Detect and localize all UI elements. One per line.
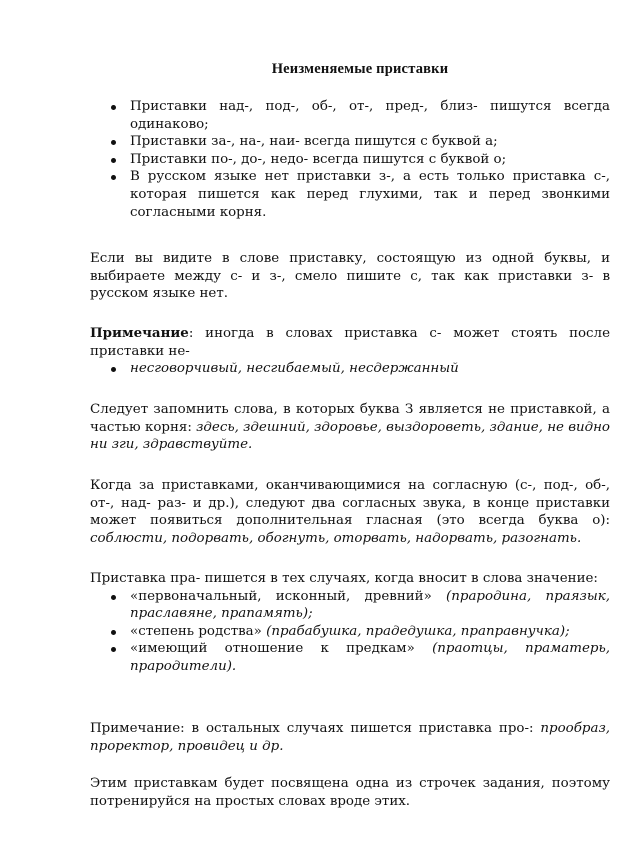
note-pro-prefix: Примечание: в остальных случаях пишется …	[90, 720, 610, 755]
list-item: Приставки по-, до-, недо- всегда пишутся…	[108, 151, 610, 169]
meaning-text: «степень родства»	[130, 624, 266, 639]
paragraph-one-letter-prefix: Если вы видите в слове приставку, состоя…	[90, 250, 610, 303]
paragraph-closing: Этим приставкам будет посвящена одна из …	[90, 775, 610, 810]
meaning-text: «первоначальный, исконный, древний»	[130, 589, 446, 604]
paragraph-extra-vowel: Когда за приставками, оканчивающимися на…	[90, 477, 610, 547]
paragraph-z-root: Следует запомнить слова, в которых буква…	[90, 401, 610, 454]
examples-text: несговорчивый, несгибаемый, несдержанный	[130, 361, 459, 376]
examples-text: (прабабушка, прадедушка, праправнучка);	[266, 624, 570, 639]
list-item: Приставки над-, под-, об-, от-, пред-, б…	[108, 98, 610, 133]
note-label: Примечание	[90, 325, 189, 341]
note-s-prefix: Примечание: иногда в словах приставка с-…	[90, 325, 610, 378]
list-item: Приставки за-, на-, наи- всегда пишутся …	[108, 133, 610, 151]
list-item: «степень родства» (прабабушка, прадедушк…	[108, 623, 610, 641]
paragraph-text: Когда за приставками, оканчивающимися на…	[90, 478, 610, 528]
paragraph-pra-prefix: Приставка пра- пишется в тех случаях, ко…	[90, 570, 610, 676]
examples-text: соблюсти, подорвать, обогнуть, оторвать,…	[90, 531, 581, 546]
paragraph-text: Приставка пра- пишется в тех случаях, ко…	[90, 570, 610, 588]
page-title: Неизменяемые приставки	[90, 61, 630, 79]
list-item: В русском языке нет приставки з-, а есть…	[108, 168, 610, 221]
list-item: «имеющий отношение к предкам» (праотцы, …	[108, 640, 610, 675]
prefix-rules-list: Приставки над-, под-, об-, от-, пред-, б…	[90, 98, 610, 221]
meaning-text: «имеющий отношение к предкам»	[130, 641, 432, 656]
list-item: несговорчивый, несгибаемый, несдержанный	[108, 360, 610, 378]
paragraph-text: Примечание: в остальных случаях пишется …	[90, 721, 540, 736]
list-item: «первоначальный, исконный, древний» (пра…	[108, 588, 610, 623]
